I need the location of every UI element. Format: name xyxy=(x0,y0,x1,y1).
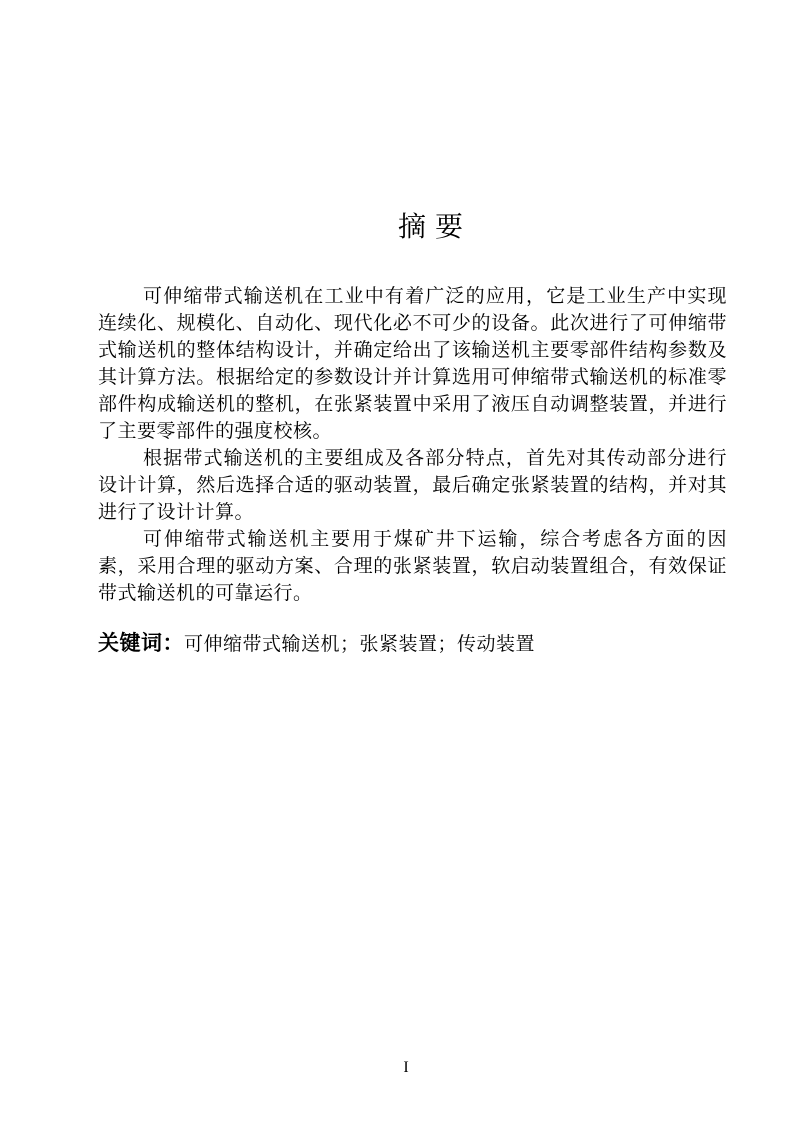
abstract-title: 摘 要 xyxy=(0,0,812,243)
abstract-paragraph-3: 可伸缩带式输送机主要用于煤矿井下运输，综合考虑各方面的因素，采用合理的驱动方案、… xyxy=(98,526,727,607)
abstract-body: 可伸缩带式输送机在工业中有着广泛的应用，它是工业生产中实现连续化、规模化、自动化… xyxy=(98,283,727,607)
abstract-page: 摘 要 可伸缩带式输送机在工业中有着广泛的应用，它是工业生产中实现连续化、规模化… xyxy=(0,0,812,1146)
keywords-text: 可伸缩带式输送机；张紧装置；传动装置 xyxy=(184,634,535,655)
keywords-label: 关键词： xyxy=(98,632,184,655)
abstract-paragraph-1: 可伸缩带式输送机在工业中有着广泛的应用，它是工业生产中实现连续化、规模化、自动化… xyxy=(98,283,727,445)
keywords-line: 关键词：可伸缩带式输送机；张紧装置；传动装置 xyxy=(98,630,727,659)
page-number: I xyxy=(0,1058,812,1078)
abstract-paragraph-2: 根据带式输送机的主要组成及各部分特点，首先对其传动部分进行设计计算，然后选择合适… xyxy=(98,445,727,526)
